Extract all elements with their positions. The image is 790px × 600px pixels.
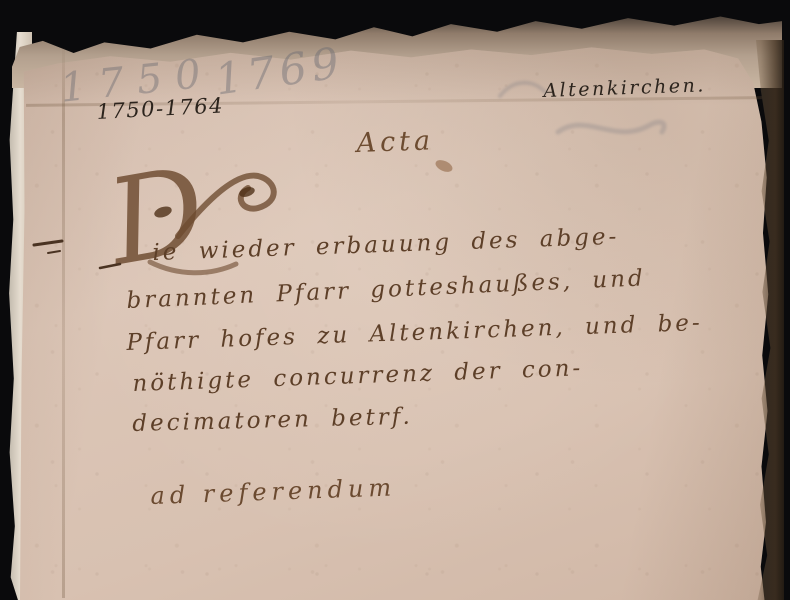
manuscript-cover-photo: 1750 1769 1750-1764 Altenkirchen. Acta D… — [0, 0, 790, 600]
acta-heading: Acta — [356, 125, 435, 159]
vertical-crease — [62, 48, 65, 598]
